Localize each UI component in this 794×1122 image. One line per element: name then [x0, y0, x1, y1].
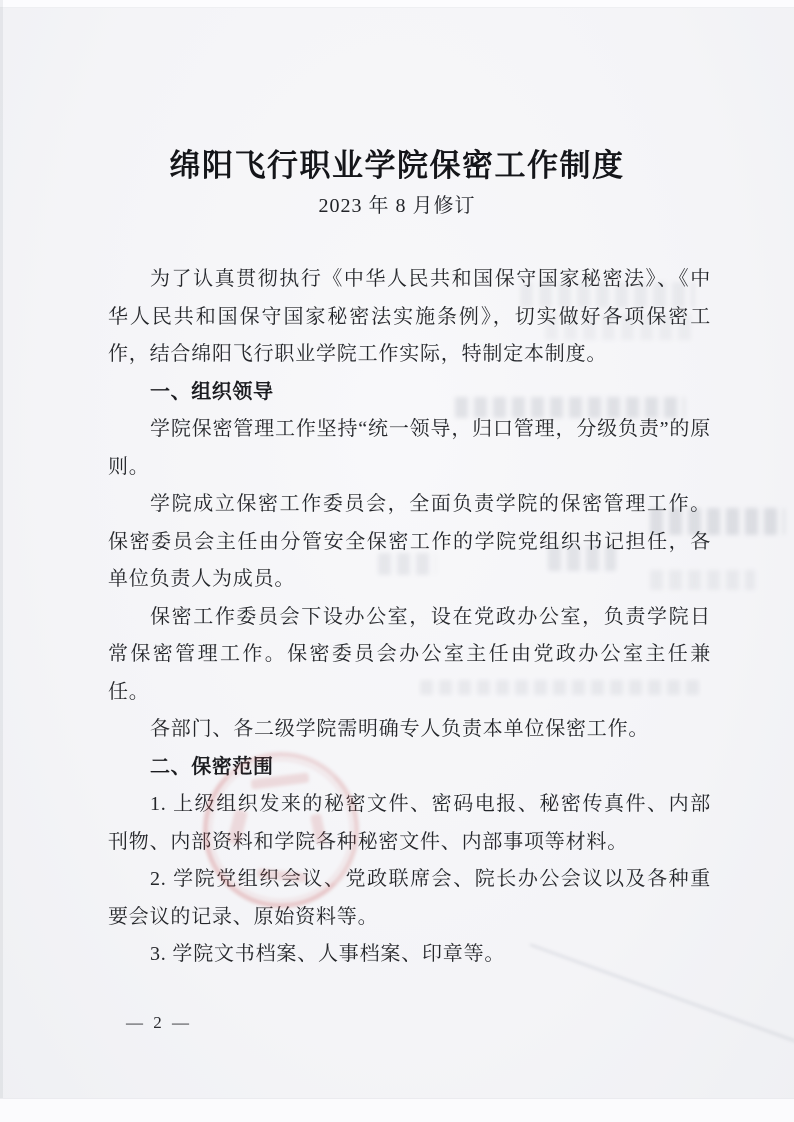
- list-item-2: 2. 学院党组织会议、党政联席会、院长办公会议以及各种重要会议的记录、原始资料等…: [108, 861, 711, 936]
- heading-section-1: 一、组织领导: [108, 374, 711, 412]
- scan-edge-bottom: [0, 1098, 794, 1122]
- paragraph-office: 保密工作委员会下设办公室，设在党政办公室，负责学院日常保密管理工作。保密委员会办…: [108, 599, 711, 712]
- list-item-1: 1. 上级组织发来的秘密文件、密码电报、秘密传真件、内部刊物、内部资料和学院各种…: [108, 786, 711, 861]
- document-subtitle: 2023 年 8 月修订: [0, 189, 794, 218]
- document-body: 为了认真贯彻执行《中华人民共和国保守国家秘密法》、《中华人民共和国保守国家秘密法…: [108, 261, 711, 974]
- list-item-3: 3. 学院文书档案、人事档案、印章等。: [108, 936, 711, 974]
- paragraph-committee: 学院成立保密工作委员会，全面负责学院的保密管理工作。保密委员会主任由分管安全保密…: [108, 486, 711, 599]
- page-number: — 2 —: [126, 1013, 192, 1033]
- document-title: 绵阳飞行职业学院保密工作制度: [0, 140, 794, 185]
- paragraph-departments: 各部门、各二级学院需明确专人负责本单位保密工作。: [108, 711, 711, 749]
- scanned-document-page: 绵阳飞行职业学院保密工作制度 2023 年 8 月修订 为了认真贯彻执行《中华人…: [0, 0, 794, 1122]
- scan-edge-top: [0, 0, 794, 8]
- paragraph-principle: 学院保密管理工作坚持“统一领导，归口管理，分级负责”的原则。: [108, 411, 711, 486]
- paragraph-intro: 为了认真贯彻执行《中华人民共和国保守国家秘密法》、《中华人民共和国保守国家秘密法…: [108, 261, 711, 374]
- heading-section-2: 二、保密范围: [108, 749, 711, 787]
